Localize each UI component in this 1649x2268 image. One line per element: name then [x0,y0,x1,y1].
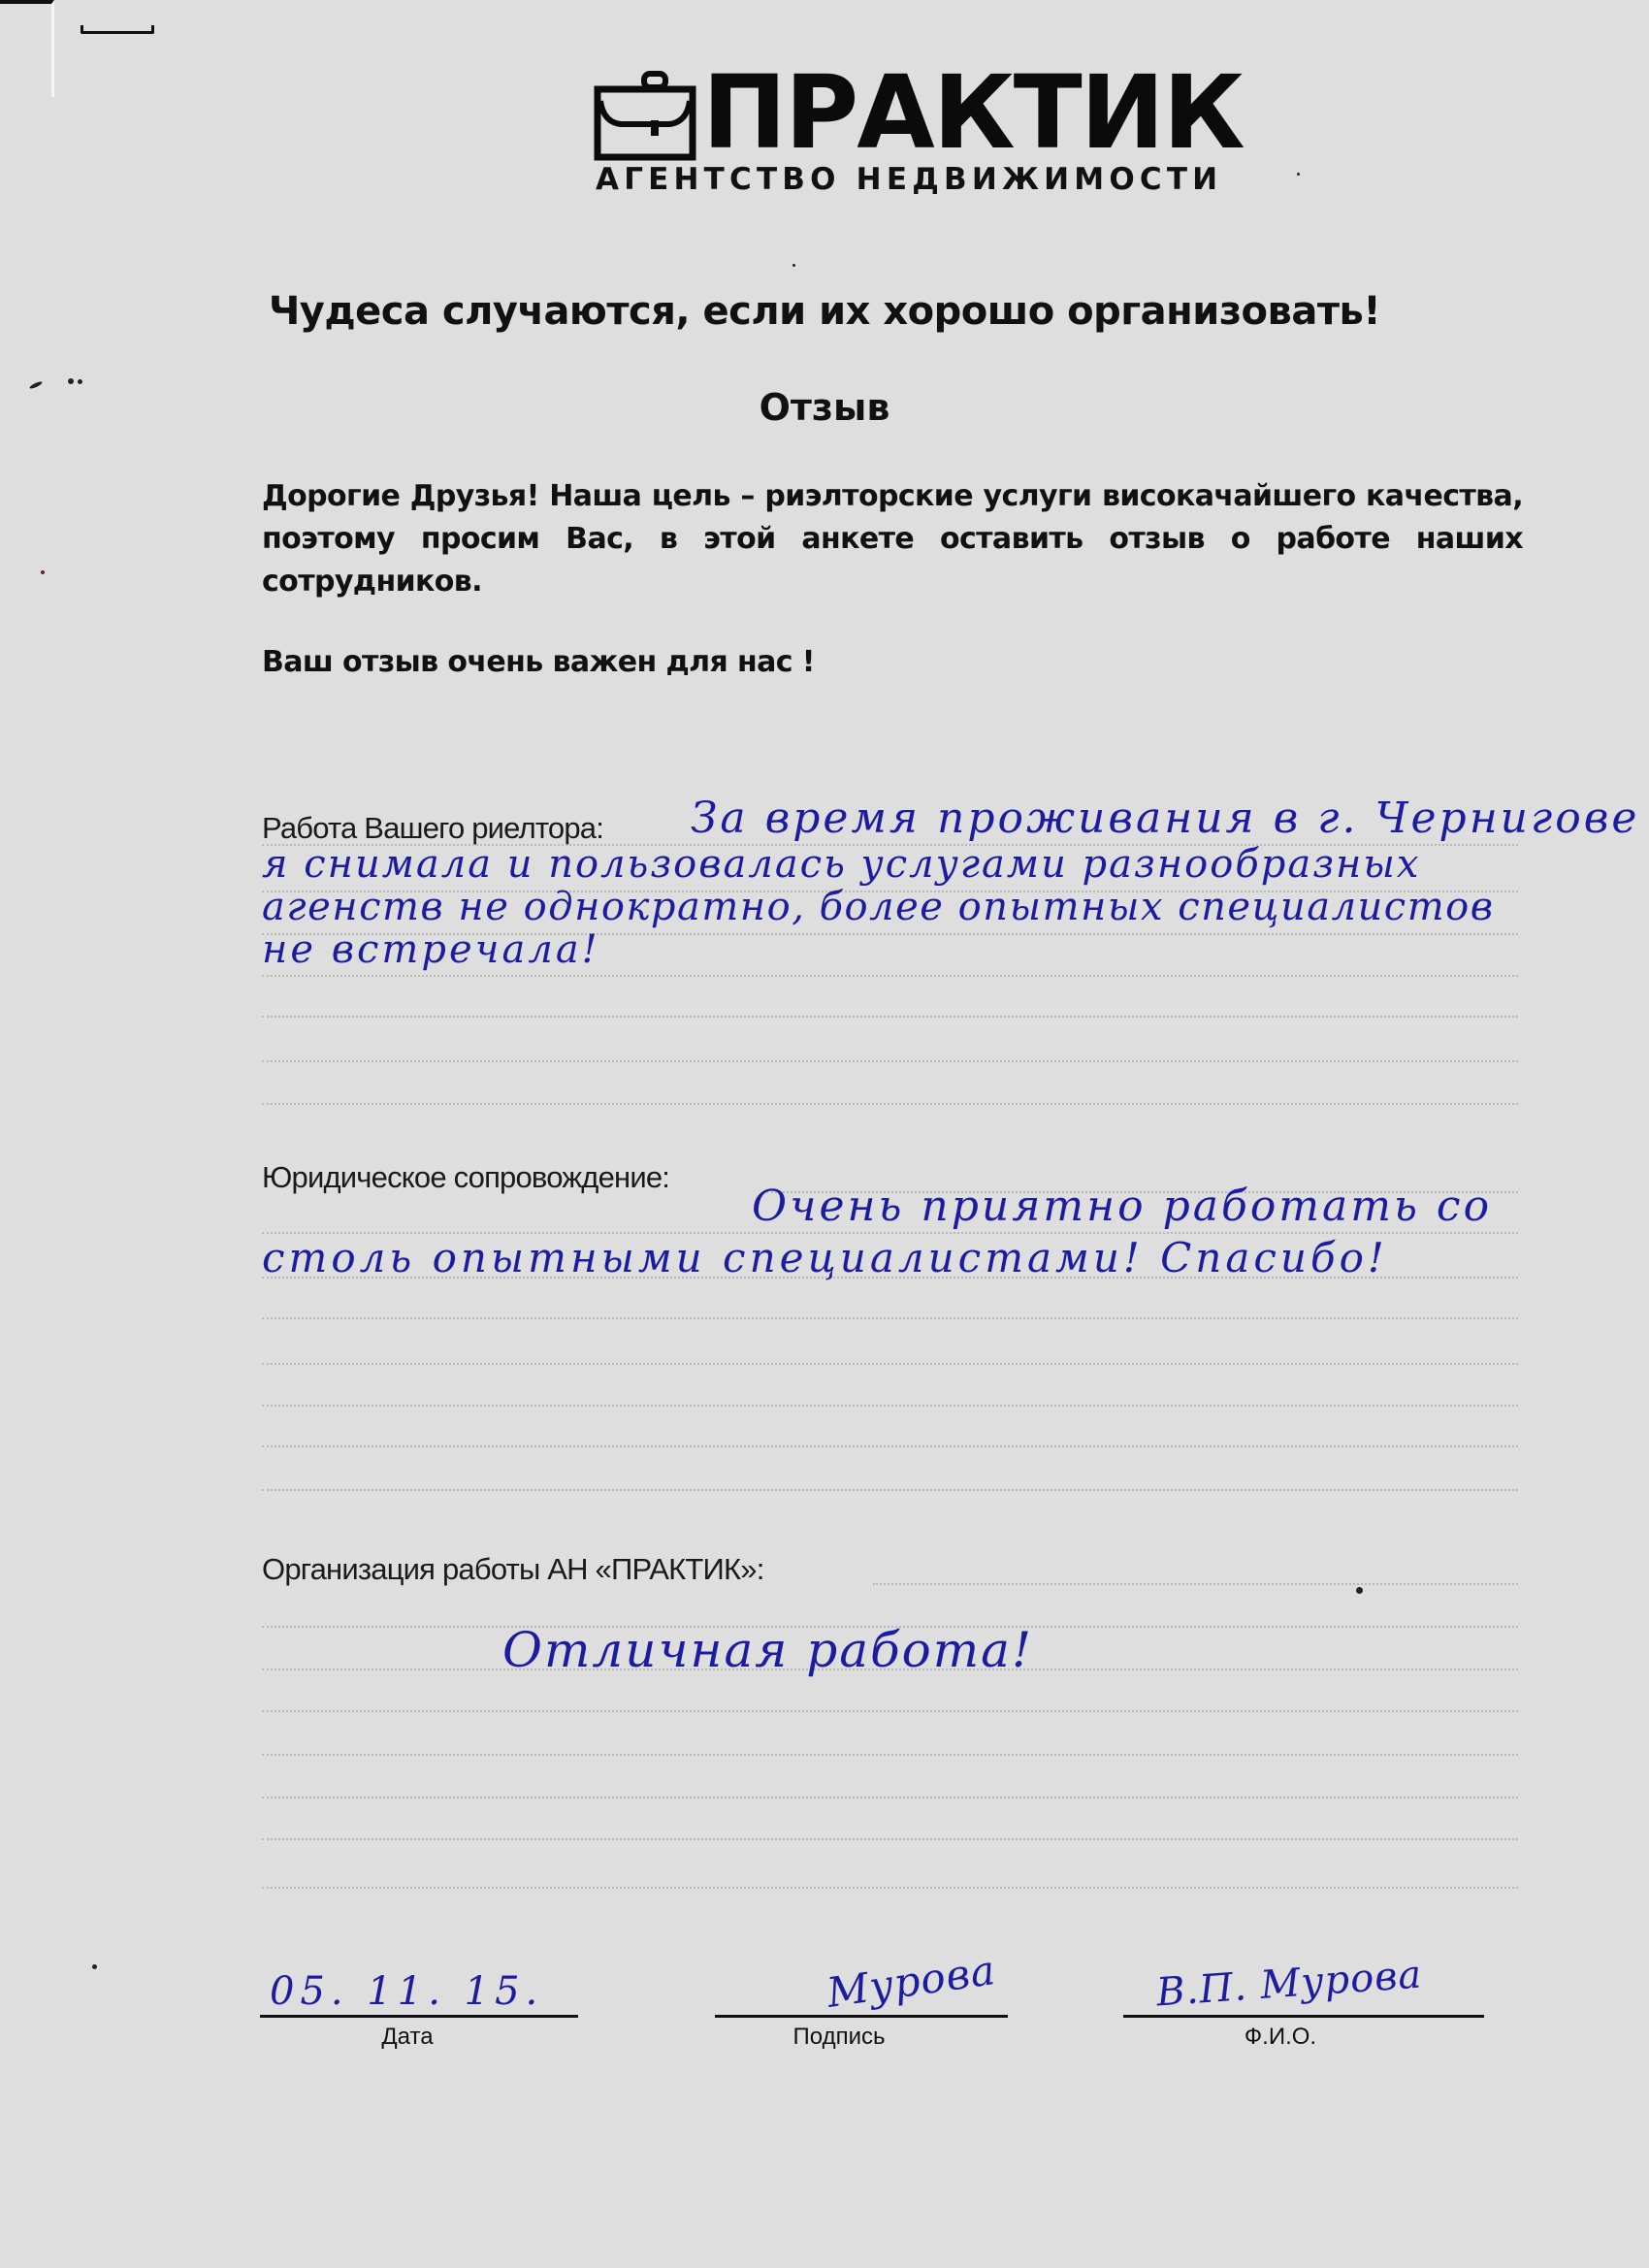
scan-speck [1356,1587,1363,1594]
handwritten-text: столь опытными специалистами! Спасибо! [262,1234,1388,1281]
scan-speck [68,378,74,384]
rule-line [262,1489,1518,1491]
handwritten-text: За время проживания в г. Чернигове [691,794,1639,843]
full-name-label: Ф.И.О. [1203,2024,1358,2051]
rule-line [262,975,1518,977]
rule-line [262,1317,1518,1319]
scan-speck [1297,173,1300,176]
signature-value: Мурова [824,1946,998,2017]
scan-mark [81,25,154,34]
rule-line [262,1445,1518,1447]
rule-line [262,1060,1518,1062]
date-value: 05. 11. 15. [270,1969,543,2014]
scan-speck [78,379,82,384]
slogan: Чудеса случаются, если их хорошо организ… [0,289,1649,334]
page-title: Отзыв [0,386,1649,429]
briefcase-icon [594,68,696,161]
section-realtor-label: Работа Вашего риелтора: [262,811,603,846]
handwritten-text: я снимала и пользовалась услугами разноо… [262,842,1421,887]
rule-line [262,1887,1518,1889]
rule-line [262,1754,1518,1756]
full-name-value: В.П. Мурова [1155,1952,1424,2015]
scan-edge-artifact [0,0,54,97]
rule-line [262,1838,1518,1840]
rule-line [873,1583,1518,1585]
rule-line [262,1405,1518,1407]
section-legal-label: Юридическое сопровождение: [262,1160,669,1195]
handwritten-text: агенств не однократно, более опытных спе… [262,885,1495,929]
handwritten-text: Очень приятно работать со [752,1182,1492,1231]
scan-speck [792,264,795,267]
company-logo: ПРАКТИК АГЕНТСТВО НЕДВИЖИМОСТИ [594,68,1195,204]
date-label: Дата [322,2024,493,2051]
scan-speck [41,570,45,574]
signature-label: Подпись [776,2024,902,2051]
rule-line [262,1363,1518,1365]
handwritten-text: не встречала! [262,927,600,972]
rule-line [262,1797,1518,1798]
rule-line [262,1016,1518,1018]
section-organization-label: Организация работы АН «ПРАКТИК»: [262,1552,764,1587]
intro-paragraph: Дорогие Друзья! Наша цель – риэлторские … [262,475,1523,603]
intro-emphasis: Ваш отзыв очень важен для нас ! [262,645,815,679]
rule-line [262,1103,1518,1105]
scan-speck [92,1964,97,1969]
brand-name: ПРАКТИК [702,62,1244,163]
signature-line [715,2015,1008,2018]
brand-subtitle: АГЕНТСТВО НЕДВИЖИМОСТИ [596,162,1197,197]
full-name-line [1123,2015,1484,2018]
rule-line [262,1710,1518,1712]
handwritten-text: Отличная работа! [502,1622,1033,1678]
date-line [260,2015,578,2018]
